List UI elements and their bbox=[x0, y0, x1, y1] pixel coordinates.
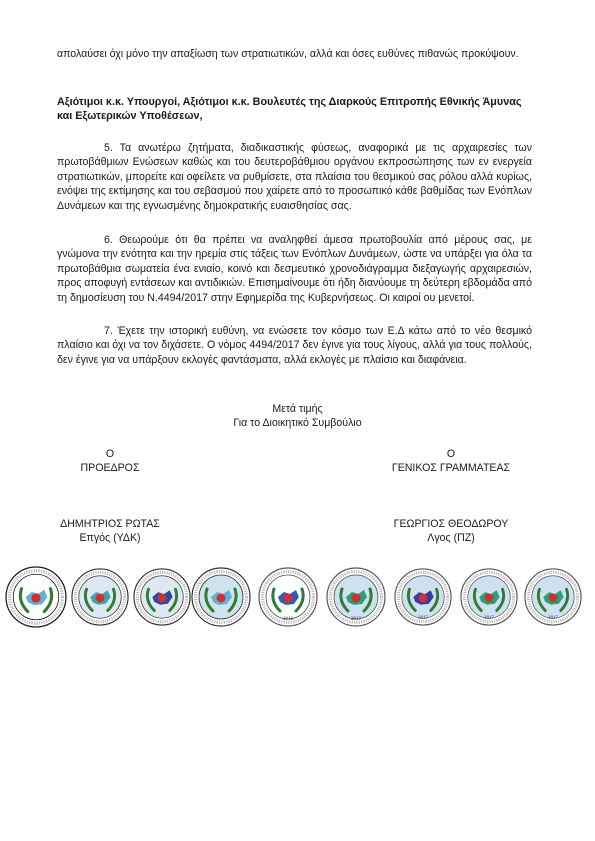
left-signatory-rank: Επγός (ΥΔΚ) bbox=[40, 531, 180, 545]
right-signatory-role: ΓΕΝΙΚΟΣ ΓΡΑΜΜΑΤΕΑΣ bbox=[376, 461, 526, 475]
union-emblem-7: 2017 bbox=[394, 568, 452, 629]
union-emblem-1 bbox=[5, 566, 67, 631]
svg-text:2016: 2016 bbox=[283, 617, 294, 622]
closing-board: Για το Διοικητικό Συμβούλιο bbox=[200, 416, 395, 430]
union-emblem-2 bbox=[71, 568, 129, 629]
union-emblem-3 bbox=[133, 568, 191, 629]
union-logos-row: 20162017201720172017 bbox=[0, 566, 595, 632]
svg-text:2017: 2017 bbox=[484, 616, 494, 621]
left-signatory-role: ΠΡΟΕΔΡΟΣ bbox=[40, 461, 180, 475]
right-signatory-rank: Λγος (ΠΖ) bbox=[376, 531, 526, 545]
paragraph-7: 7. Έχετε την ιστορική ευθύνη, να ενώσετε… bbox=[57, 324, 532, 367]
right-signatory-name: ΓΕΩΡΓΙΟΣ ΘΕΟΔΩΡΟΥ bbox=[376, 517, 526, 531]
svg-text:2017: 2017 bbox=[548, 616, 558, 621]
union-emblem-8: 2017 bbox=[460, 568, 518, 629]
left-signatory-article: Ο bbox=[40, 447, 180, 461]
union-emblem-9: 2017 bbox=[524, 568, 582, 629]
union-emblem-6: 2017 bbox=[326, 567, 386, 630]
svg-text:2017: 2017 bbox=[418, 616, 428, 621]
svg-text:2017: 2017 bbox=[351, 617, 362, 622]
closing-regards: Μετά τιμής bbox=[200, 402, 395, 416]
document-page: απολαύσει όχι μόνο την απαξίωση των στρα… bbox=[0, 0, 595, 841]
union-emblem-5: 2016 bbox=[258, 567, 318, 630]
paragraph-5: 5. Τα ανωτέρω ζητήματα, διαδικαστικής φύ… bbox=[57, 141, 532, 213]
paragraph-6: 6. Θεωρούμε ότι θα πρέπει να αναληφθεί ά… bbox=[57, 233, 532, 305]
left-signatory-name: ΔΗΜΗΤΡΙΟΣ ΡΩΤΑΣ bbox=[40, 517, 180, 531]
intro-continuation: απολαύσει όχι μόνο την απαξίωση των στρα… bbox=[57, 47, 532, 61]
union-emblem-4 bbox=[191, 567, 251, 630]
right-signatory-article: Ο bbox=[376, 447, 526, 461]
salutation: Αξιότιμοι κ.κ. Υπουργοί, Αξιότιμοι κ.κ. … bbox=[57, 95, 532, 124]
